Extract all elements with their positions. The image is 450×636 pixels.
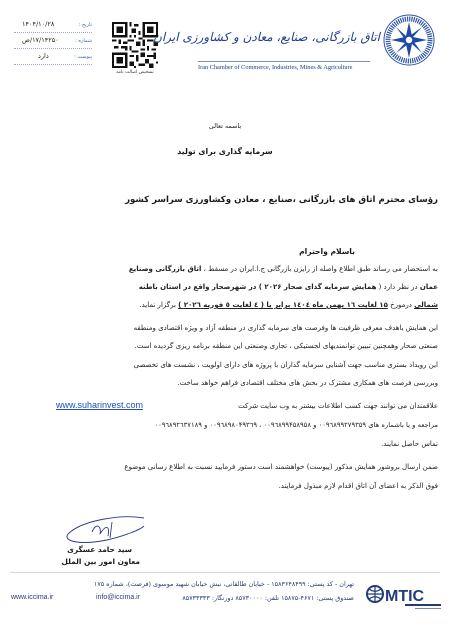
letter-greeting: باسلام واحترام [299,247,355,256]
meta-date-value: ۱۴۰۴/۱۰/۲۸ [22,20,54,28]
meta-attachment-label: پیوست : [74,54,92,60]
para1-line2: عمان در نظر دارد ( همایش سرمایه گذای صحا… [139,278,438,296]
svg-text:MTIC: MTIC [385,588,425,605]
mtic-badge-icon: MTIC [365,583,443,613]
meta-attachment-value: دارد [38,52,49,60]
qr-code-icon[interactable] [112,22,158,68]
suharinvest-link[interactable]: www.suharinvest.com [56,400,143,410]
signatory-name: سید حامد عسگری [67,545,132,554]
para3-line1: علاقمندان می توانند جهت کسب اطلاعات بیشت… [238,397,438,415]
qr-caption: تشخیص اصالت نامه [106,70,164,75]
meta-number-value: ۱۷/۱۴۲۵۰/ص [22,36,59,44]
para1-line1: به استحضار می رساند طبق اطلاع واصله از ر… [129,260,438,278]
org-name-fa: اتاق بازرگانی، صنایع، معادن و کشاورزی ای… [153,30,380,44]
footer-website-link[interactable]: www.iccima.ir [11,594,53,601]
footer-email-link[interactable]: info@iccima.ir [96,594,140,601]
para3-line2: مراجعه و یا باشماره های ۰۰۹٦۸۹۹۲۷۹۳۵۹ و … [154,416,438,434]
org-name-en: Iran Chamber of Commerce, Industries, Mi… [198,64,352,71]
signatory-title: معاون امور بین الملل [62,557,140,566]
chamber-logo-icon [383,14,435,66]
letter-recipient: رؤسای محترم اتاق های بازرگانی ،صنایع ، م… [125,195,438,205]
para2-line3: این رویداد بستری مناسب جهت آشنایی سرمایه… [134,356,438,374]
meta-number-label: شماره : [75,38,92,44]
letter-subject: سرمایه گذاری برای تولید [130,147,320,156]
invocation: باسمه تعالی [130,122,320,130]
header-divider [198,61,370,62]
footer-address: تهران - کد پستی: ۱۵۸۳۶۴۸۴۹۹ - خیابان طال… [94,580,354,588]
para4-line2: فوق الذکر به اعضای آن اتاق اقدام لازم مب… [279,477,438,495]
footer-divider [10,572,440,573]
footer-contact: صندوق پستی: ۴۶۷۱-۱۵۸۷۵ تلفن: ۸۵۷۳۰۰۰۰ دو… [182,594,354,602]
meta-date-label: تاریخ : [79,22,92,28]
meta-number: شماره : ۱۷/۱۴۲۵۰/ص [14,36,92,49]
para3-line3: تماس حاصل نمایند. [381,435,438,453]
para2-line1: این همایش باهدف معرفی ظرفیت ها وفرصت های… [134,319,438,337]
para2-line4: وبررسی فرصت های همکاری مشترک در بخش های … [177,374,438,392]
para2-line2: صنعتی صحار وهمچنین تبیین توانمندیهای لجس… [135,337,438,355]
meta-date: تاریخ : ۱۴۰۴/۱۰/۲۸ [14,20,92,33]
para1-line3: شمالی درمورخ ۱۵ لغایت ۱٦ بهمن ماه ۱٤۰٤ ب… [139,296,438,314]
para4-line1: ضمن ارسال بروشور همایش مذکور (پیوست) خوا… [124,458,438,476]
meta-attachment: پیوست : دارد [14,52,92,65]
